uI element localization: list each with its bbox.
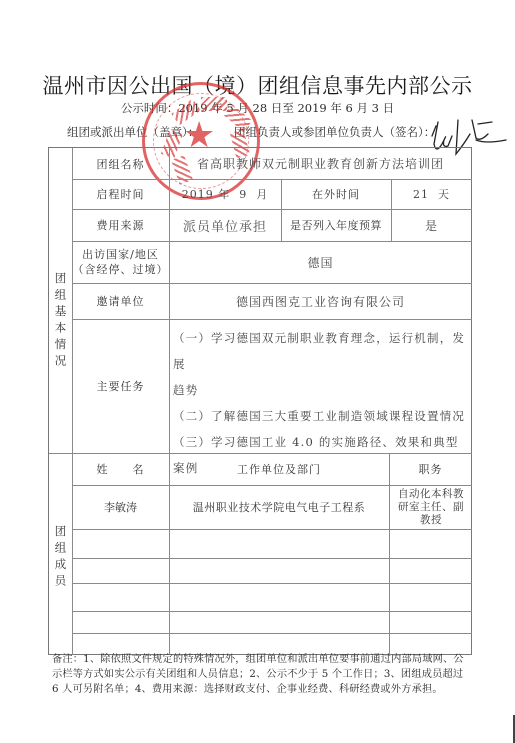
annual-budget-value: 是 <box>391 209 472 241</box>
task-item-continuation: 趋势 <box>173 377 469 403</box>
inviting-organization-value: 德国西图克工业咨询有限公司 <box>169 283 472 319</box>
member-unit <box>169 583 389 611</box>
group-info-table: 团组基本情况 团组成员 团组名称 省高职教师双元制职业教育创新方法培训团 启程时… <box>48 147 472 655</box>
duration-value: 21 天 <box>391 179 472 209</box>
member-name-header: 姓 名 <box>72 453 169 485</box>
start-time-label: 启程时间 <box>72 179 169 209</box>
member-unit-header: 工作单位及部门 <box>169 453 389 485</box>
task-item: （一）学习德国双元制职业教育理念，运行机制，发展 <box>173 325 469 377</box>
member-role <box>389 611 472 633</box>
destination-country-value: 德国 <box>169 241 472 283</box>
document-title: 温州市因公出国（境）团组信息事先内部公示 <box>0 70 515 100</box>
footnotes: 备注：1、除依照文件规定的特殊情况外，组团单位和派出单位要事前通过内部局域网、公… <box>52 652 472 697</box>
funding-source-value: 派员单位承担 <box>169 209 281 241</box>
member-name <box>72 529 169 558</box>
member-role <box>389 529 472 558</box>
member-role: 自动化本科教研室主任、副教授 <box>391 485 471 529</box>
member-name <box>72 611 169 633</box>
leader-signature-label: 团组负责人或参团单位负责人（签名）： <box>234 124 435 140</box>
group-name-label: 团组名称 <box>72 148 169 179</box>
duration-label: 在外时间 <box>281 179 391 209</box>
member-unit <box>169 558 389 583</box>
inviting-organization-label: 邀请单位 <box>72 283 169 319</box>
annual-budget-label: 是否列入年度预算 <box>281 209 391 241</box>
stamp-text-mark <box>201 97 227 111</box>
section-label-basic-info: 团组基本情况 <box>49 241 72 401</box>
section-label-members: 团组成员 <box>49 508 72 608</box>
member-unit <box>169 529 389 558</box>
start-time-value: 2019 年 9 月 <box>169 179 281 209</box>
task-item: （二）了解德国三大重要工业制造领域课程设置情况 <box>173 403 469 429</box>
member-name <box>72 558 169 583</box>
member-role <box>389 583 472 611</box>
member-role <box>389 558 472 583</box>
destination-country-label-line1: 出访国家/地区 <box>82 247 159 262</box>
member-role-header: 职务 <box>389 453 472 485</box>
destination-country-label: 出访国家/地区 （含经停、过境） <box>72 241 169 283</box>
destination-country-label-line2: （含经停、过境） <box>73 262 169 277</box>
member-unit: 温州职业技术学院电气电子工程系 <box>169 485 389 529</box>
member-unit <box>169 611 389 633</box>
main-tasks-label: 主要任务 <box>72 319 169 453</box>
group-name-value: 省高职教师双元制职业教育创新方法培训团 <box>169 148 472 179</box>
member-name: 李敏涛 <box>72 485 169 529</box>
funding-source-label: 费用来源 <box>72 209 169 241</box>
member-name <box>72 583 169 611</box>
